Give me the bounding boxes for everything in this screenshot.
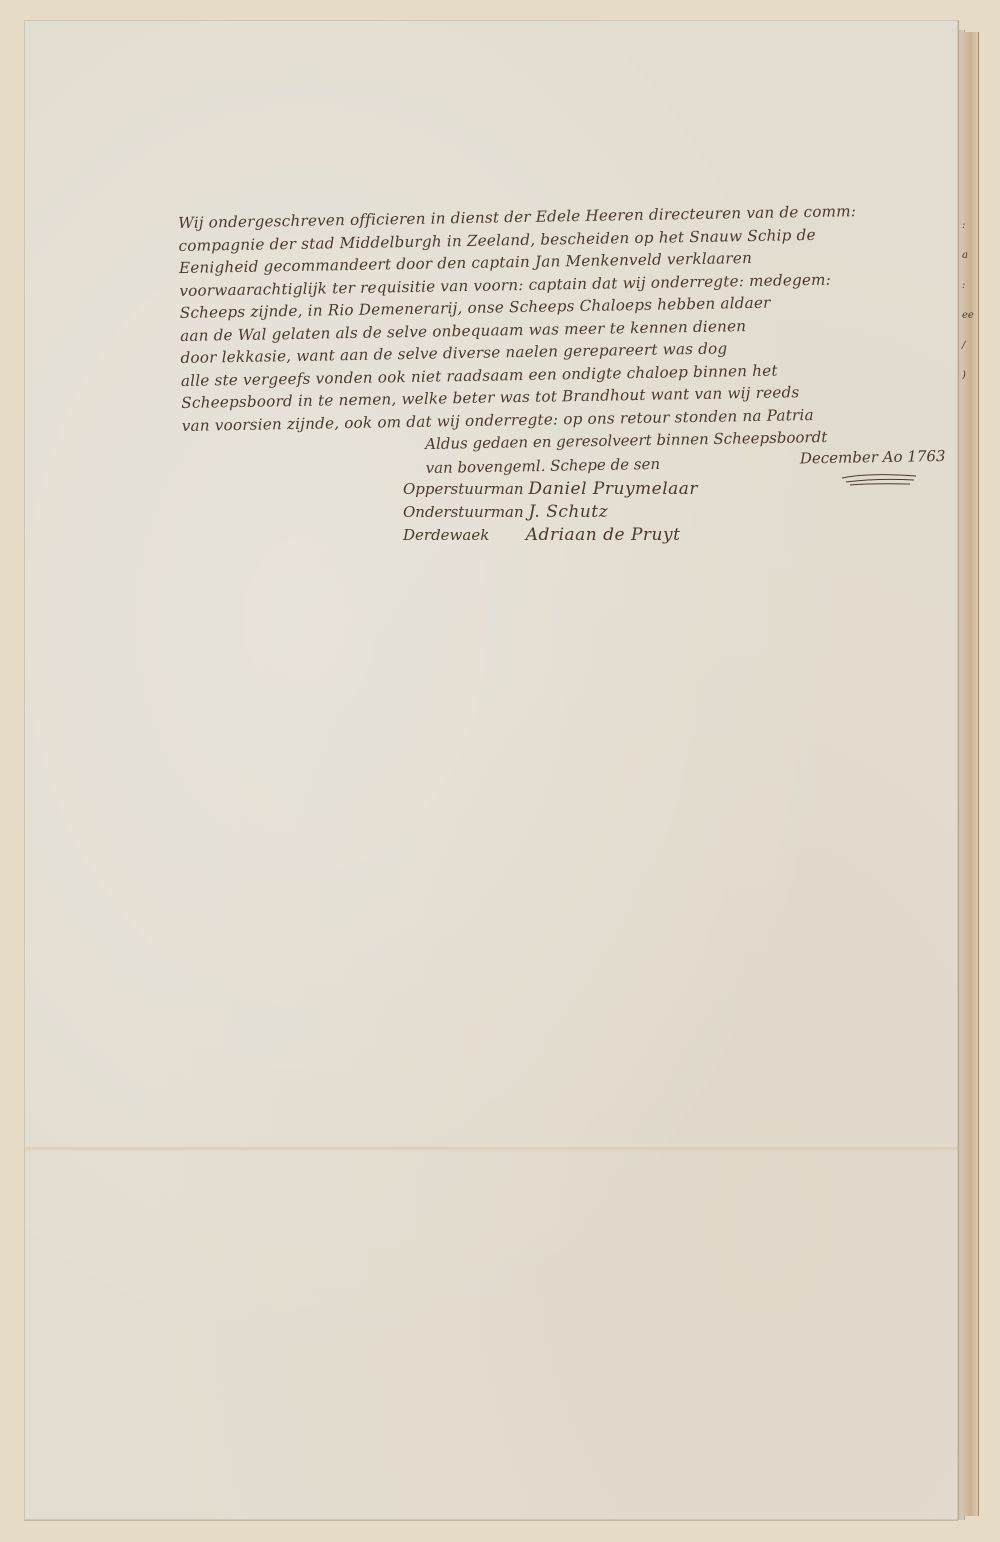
margin-note: ee [962, 310, 982, 340]
margin-note: a [962, 250, 982, 280]
manuscript-body: Wij ondergeschreven officieren in dienst… [178, 198, 972, 437]
signature-name: Daniel Pruymelaar [528, 479, 698, 499]
fold-crease [24, 1146, 958, 1151]
signature-row: Opperstuurman Daniel Pruymelaar [403, 478, 823, 501]
signature-role: Onderstuurman [403, 501, 524, 524]
signature-name: J. Schutz [528, 502, 608, 522]
date-flourish-icon [840, 470, 920, 490]
margin-note: : [962, 220, 982, 250]
signature-role: Derdewaek [403, 524, 521, 547]
margin-notes: : a : ee / ) [962, 220, 982, 400]
margin-note: / [962, 340, 982, 370]
signature-row: Onderstuurman J. Schutz [403, 501, 823, 524]
document-date: December Ao 1763 [800, 447, 946, 468]
signature-name: Adriaan de Pruyt [526, 525, 681, 545]
signature-role: Opperstuurman [403, 478, 524, 501]
signature-block: Opperstuurman Daniel Pruymelaar Onderstu… [403, 478, 823, 547]
margin-note: : [962, 280, 982, 310]
margin-note: ) [962, 370, 982, 400]
signature-row: Derdewaek Adriaan de Pruyt [403, 524, 823, 547]
